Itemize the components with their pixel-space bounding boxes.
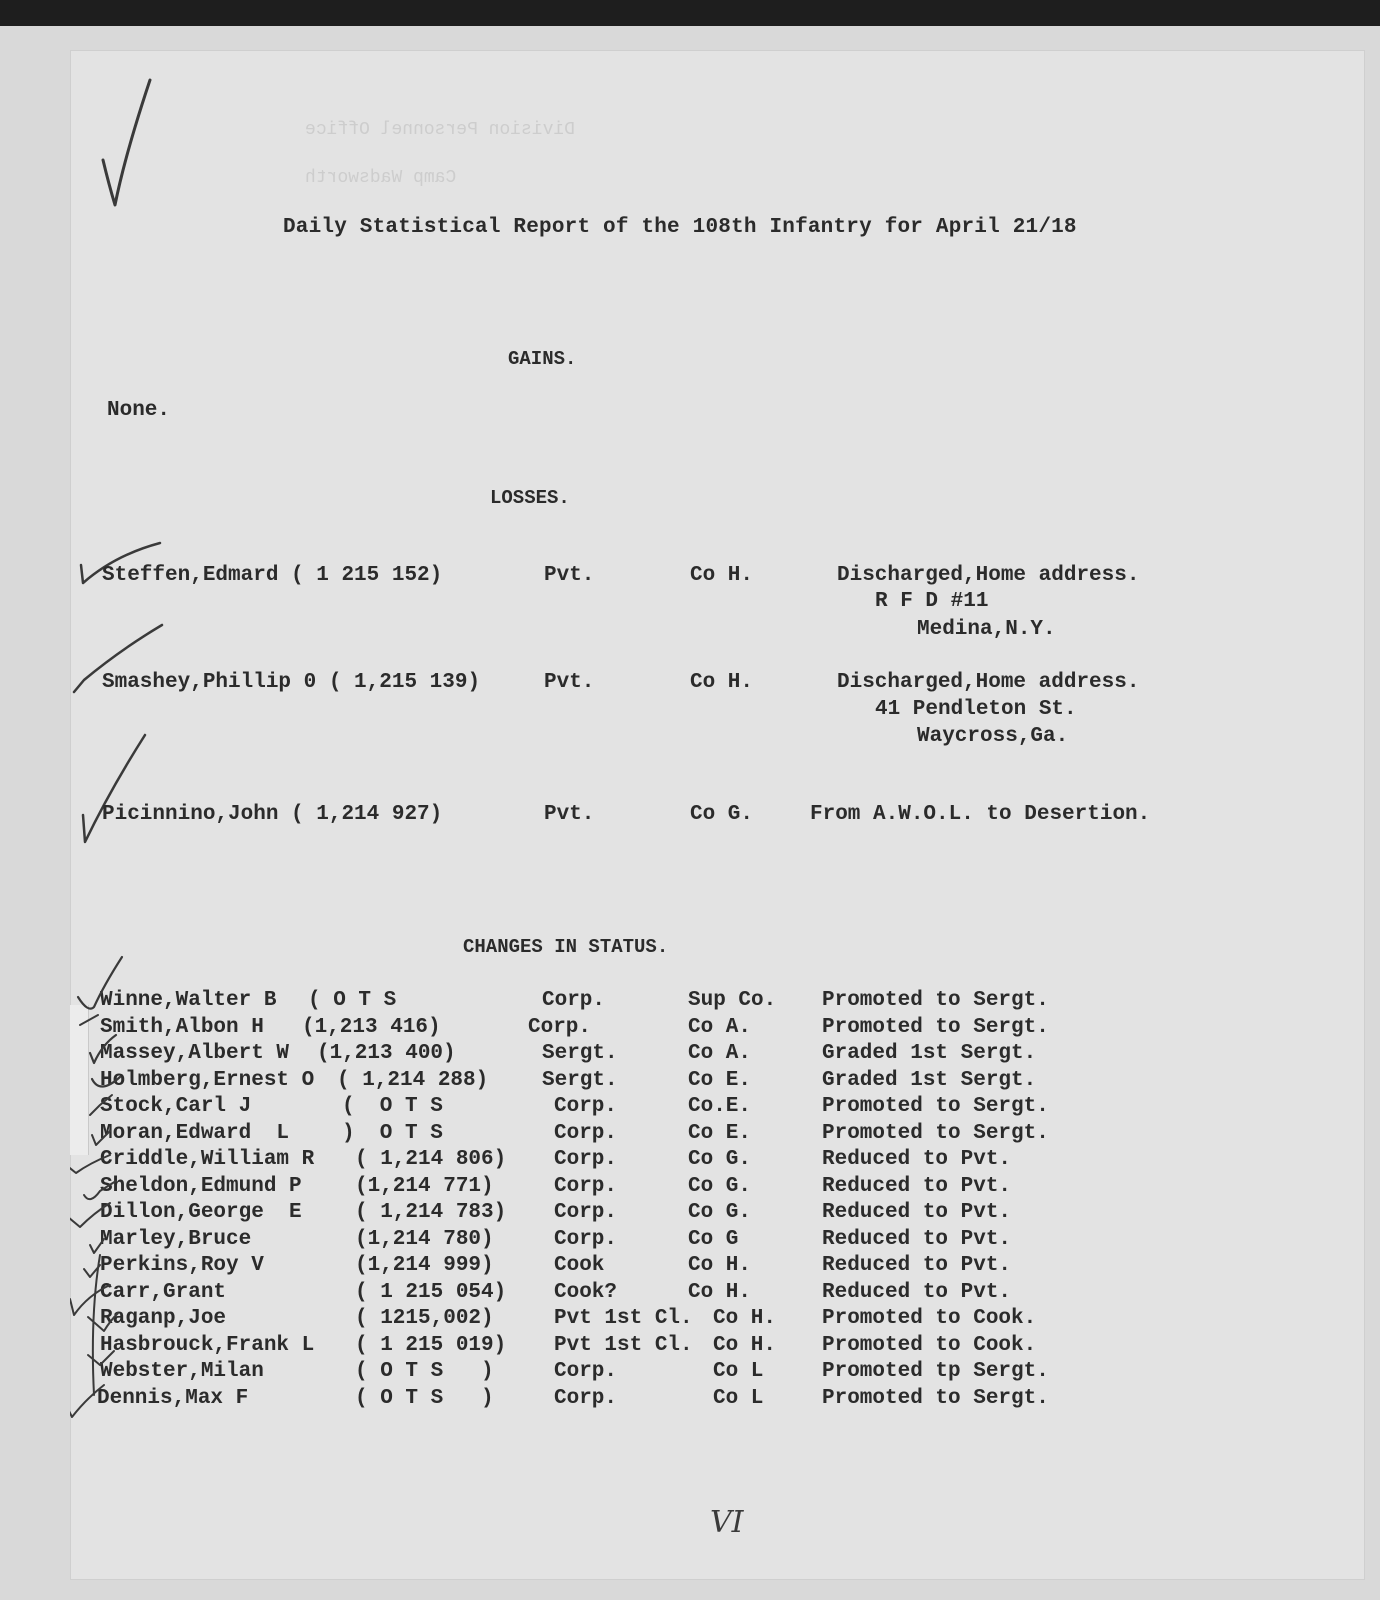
cell-rank: Corp. — [554, 1147, 617, 1174]
cell-rank: Corp. — [554, 1174, 617, 1201]
cell-rank: Corp. — [554, 1386, 617, 1413]
cell-change: Promoted to Sergt. — [822, 988, 1049, 1015]
cell-serial: ( O T S — [308, 988, 396, 1015]
cell-company: Co G. — [688, 1174, 751, 1201]
gains-content: None. — [107, 399, 170, 422]
loss-remark-line-1: Discharged,Home address. — [837, 564, 1139, 587]
gains-heading: GAINS. — [508, 348, 576, 370]
cell-company: Co G — [688, 1227, 738, 1254]
cell-company: Co L — [713, 1359, 763, 1386]
cell-change: Promoted to Sergt. — [822, 1386, 1049, 1413]
cell-rank: Corp. — [554, 1094, 617, 1121]
cell-company: Co E. — [688, 1121, 751, 1148]
cell-change: Reduced to Pvt. — [822, 1280, 1011, 1307]
status-check-marks-icon — [70, 955, 150, 1420]
cell-rank: Corp. — [554, 1359, 617, 1386]
cell-rank: Corp. — [554, 1200, 617, 1227]
changes-in-status-table: Winne,Walter B ( O T S Corp. Sup Co. Pro… — [70, 988, 1270, 1418]
document-title: Daily Statistical Report of the 108th In… — [283, 216, 1077, 239]
cell-company: Co.E. — [688, 1094, 751, 1121]
cell-serial: ( 1,214 806) — [355, 1147, 506, 1174]
losses-heading: LOSSES. — [490, 487, 570, 509]
cell-rank: Corp. — [554, 1227, 617, 1254]
loss-remark-line-3: Medina,N.Y. — [917, 618, 1056, 641]
cell-change: Reduced to Pvt. — [822, 1174, 1011, 1201]
cell-company: Co H. — [688, 1253, 751, 1280]
handwritten-mark: VI — [710, 1505, 744, 1540]
cell-serial: ( 1215,002) — [355, 1306, 494, 1333]
cell-company: Co A. — [688, 1015, 751, 1042]
loss-company: Co G. — [690, 803, 753, 826]
bleed-through-line-1: Division Personnel Office — [305, 120, 575, 140]
cell-company: Co H. — [713, 1333, 776, 1360]
cell-rank: Cook — [554, 1253, 604, 1280]
cell-change: Promoted to Sergt. — [822, 1094, 1049, 1121]
check-mark-icon — [75, 730, 155, 850]
cell-rank: Corp. — [542, 988, 605, 1015]
bleed-through-line-2: Camp Wadsworth — [305, 168, 456, 188]
cell-serial: ( O T S — [342, 1094, 443, 1121]
cell-rank: Pvt 1st Cl. — [554, 1333, 693, 1360]
loss-remark-line-2: R F D #11 — [875, 590, 988, 613]
loss-remark-line-1: From A.W.O.L. to Desertion. — [810, 803, 1150, 826]
cell-company: Co H. — [713, 1306, 776, 1333]
loss-name-serial: Steffen,Edmard ( 1 215 152) — [102, 564, 442, 587]
cell-rank: Pvt 1st Cl. — [554, 1306, 693, 1333]
cell-change: Promoted tp Sergt. — [822, 1359, 1049, 1386]
cell-serial: (1,214 780) — [355, 1227, 494, 1254]
cell-company: Co L — [713, 1386, 763, 1413]
cell-serial: ( 1 215 019) — [355, 1333, 506, 1360]
cell-change: Promoted to Sergt. — [822, 1121, 1049, 1148]
cell-rank: Sergt. — [542, 1041, 618, 1068]
cell-rank: Cook? — [554, 1280, 617, 1307]
cell-company: Co H. — [688, 1280, 751, 1307]
cell-serial: ( O T S ) — [355, 1386, 494, 1413]
cell-serial: ) O T S — [342, 1121, 443, 1148]
cell-company: Co G. — [688, 1200, 751, 1227]
cell-change: Reduced to Pvt. — [822, 1253, 1011, 1280]
loss-company: Co H. — [690, 564, 753, 587]
cell-company: Co G. — [688, 1147, 751, 1174]
cell-serial: (1,213 400) — [317, 1041, 456, 1068]
cell-change: Promoted to Cook. — [822, 1306, 1036, 1333]
loss-company: Co H. — [690, 671, 753, 694]
cell-serial: ( O T S ) — [355, 1359, 494, 1386]
cell-rank: Corp. — [528, 1015, 591, 1042]
loss-rank: Pvt. — [544, 803, 594, 826]
changes-in-status-heading: CHANGES IN STATUS. — [463, 936, 668, 958]
cell-rank: Corp. — [554, 1121, 617, 1148]
cell-change: Reduced to Pvt. — [822, 1200, 1011, 1227]
loss-rank: Pvt. — [544, 671, 594, 694]
cell-company: Co A. — [688, 1041, 751, 1068]
loss-name-serial: Picinnino,John ( 1,214 927) — [102, 803, 442, 826]
cell-company: Sup Co. — [688, 988, 776, 1015]
cell-serial: ( 1,214 783) — [355, 1200, 506, 1227]
loss-name-serial: Smashey,Phillip 0 ( 1,215 139) — [102, 671, 480, 694]
document-page: Division Personnel Office Camp Wadsworth… — [70, 50, 1365, 1580]
cell-serial: (1,214 771) — [355, 1174, 494, 1201]
scan-border-top — [0, 0, 1380, 26]
large-check-mark-icon — [95, 65, 155, 215]
cell-change: Reduced to Pvt. — [822, 1227, 1011, 1254]
loss-rank: Pvt. — [544, 564, 594, 587]
loss-remark-line-3: Waycross,Ga. — [917, 725, 1068, 748]
cell-serial: ( 1 215 054) — [355, 1280, 506, 1307]
cell-serial: ( 1,214 288) — [337, 1068, 488, 1095]
cell-change: Reduced to Pvt. — [822, 1147, 1011, 1174]
cell-company: Co E. — [688, 1068, 751, 1095]
cell-change: Graded 1st Sergt. — [822, 1041, 1036, 1068]
loss-remark-line-2: 41 Pendleton St. — [875, 698, 1077, 721]
cell-change: Promoted to Cook. — [822, 1333, 1036, 1360]
cell-change: Promoted to Sergt. — [822, 1015, 1049, 1042]
cell-rank: Sergt. — [542, 1068, 618, 1095]
cell-change: Graded 1st Sergt. — [822, 1068, 1036, 1095]
loss-remark-line-1: Discharged,Home address. — [837, 671, 1139, 694]
cell-serial: (1,213 416) — [302, 1015, 441, 1042]
cell-serial: (1,214 999) — [355, 1253, 494, 1280]
